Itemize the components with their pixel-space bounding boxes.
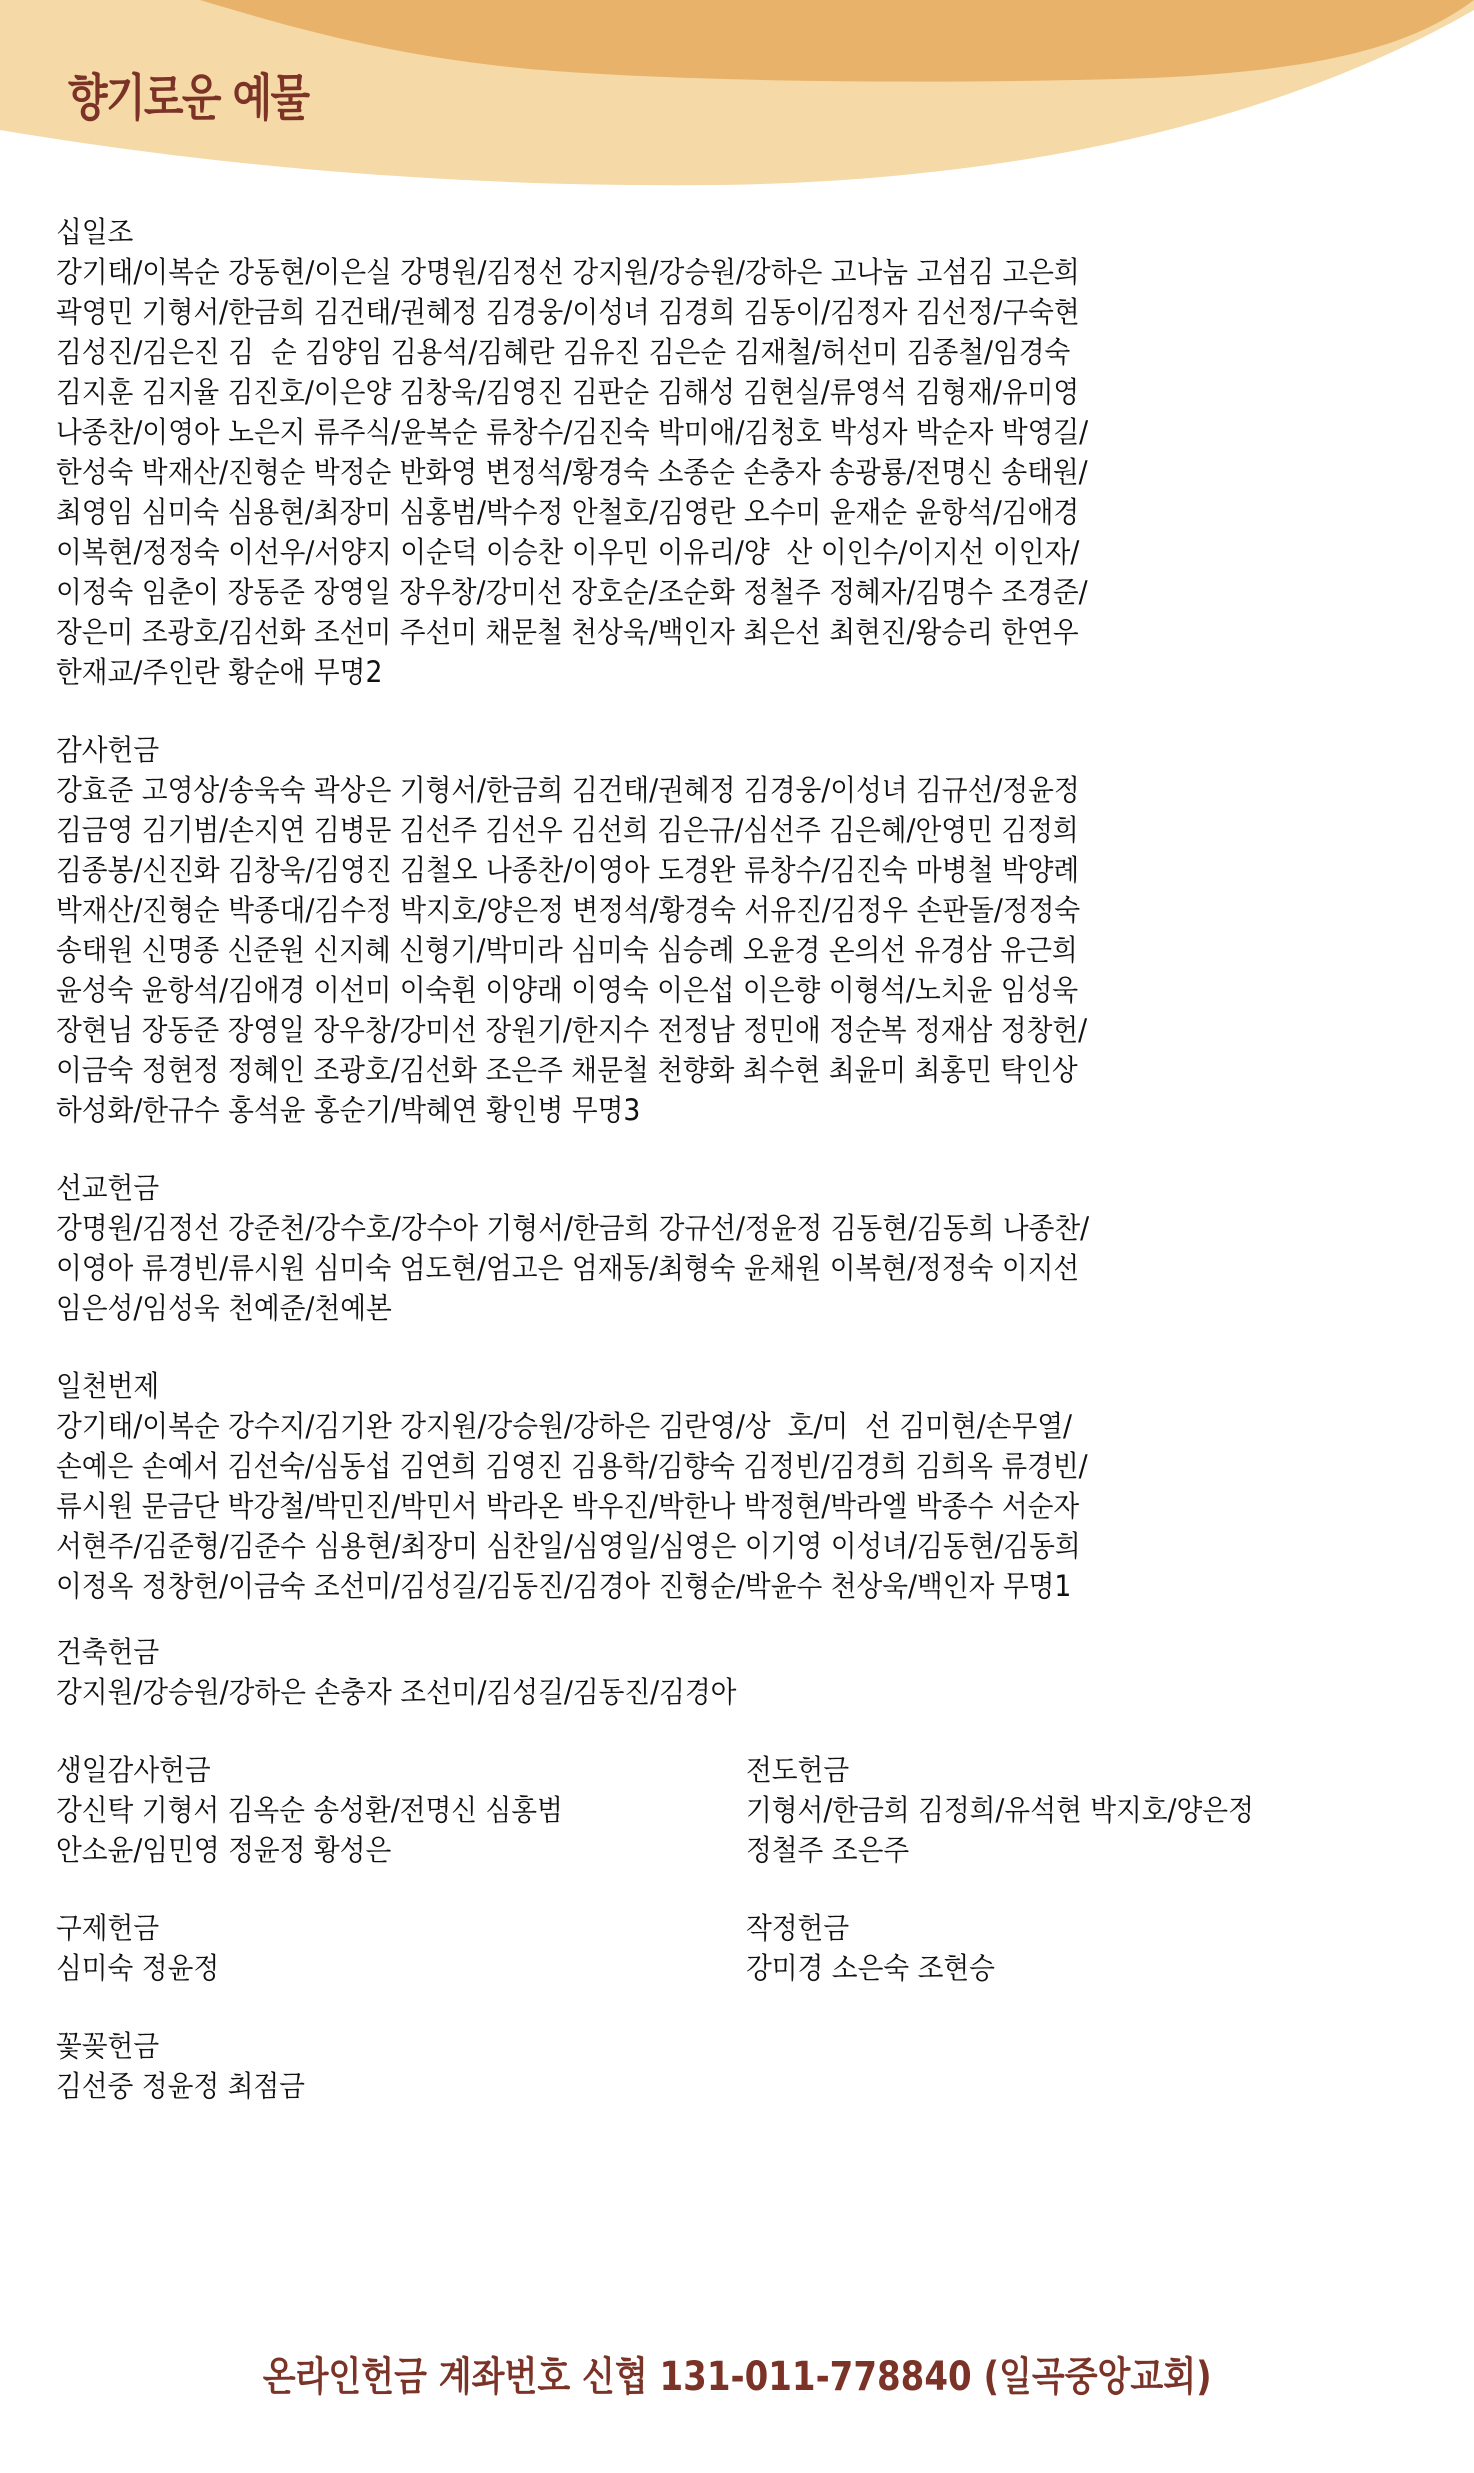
name-line: 강미경 소은숙 조현승 (746, 1948, 1381, 1988)
section-thanks: 감사헌금 강효준 고영상/송욱숙 곽상은 기형서/한금희 김건태/권혜정 김경웅… (56, 730, 1436, 1130)
name-line: 장현님 장동준 장영일 장우창/강미선 장원기/한지수 전정남 정민애 정순복 … (56, 1010, 1326, 1050)
section-building: 건축헌금 강지원/강승원/강하은 손충자 조선미/김성길/김동진/김경아 (56, 1632, 1436, 1712)
row-relief-pledge: 구제헌금 심미숙 정윤정 작정헌금 강미경 소은숙 조현승 (56, 1908, 1436, 1988)
name-line: 한재교/주인란 황순애 무명2 (56, 652, 1326, 692)
name-line: 곽영민 기형서/한금희 김건태/권혜정 김경웅/이성녀 김경희 김동이/김정자 … (56, 292, 1326, 332)
name-line: 강신탁 기형서 김옥순 송성환/전명신 심홍범 (56, 1790, 691, 1830)
name-line: 류시원 문금단 박강철/박민진/박민서 박라온 박우진/박한나 박정현/박라엘 … (56, 1486, 1326, 1526)
name-line: 강기태/이복순 강수지/김기완 강지원/강승원/강하은 김란영/상 호/미 선 … (56, 1406, 1326, 1446)
name-list: 심미숙 정윤정 (56, 1948, 746, 1988)
name-list: 강효준 고영상/송욱숙 곽상은 기형서/한금희 김건태/권혜정 김경웅/이성녀 … (56, 770, 1436, 1130)
section-title: 생일감사헌금 (56, 1750, 691, 1790)
name-line: 이정숙 임춘이 장동준 장영일 장우창/강미선 장호순/조순화 정철주 정혜자/… (56, 572, 1326, 612)
name-line: 임은성/임성욱 천예준/천예본 (56, 1288, 1326, 1328)
name-line: 나종찬/이영아 노은지 류주식/윤복순 류창수/김진숙 박미애/김청호 박성자 … (56, 412, 1326, 452)
section-title: 꽃꽂헌금 (56, 2026, 1326, 2066)
page-title: 향기로운 예물 (68, 58, 308, 130)
name-line: 한성숙 박재산/진형순 박정순 반화영 변정석/황경숙 소종순 손충자 송광룡/… (56, 452, 1326, 492)
online-offering-account: 온라인헌금 계좌번호 신협 131-011-778840 (일곡중앙교회) (0, 2345, 1474, 2402)
name-line: 안소윤/임민영 정윤정 황성은 (56, 1830, 691, 1870)
name-list: 강기태/이복순 강수지/김기완 강지원/강승원/강하은 김란영/상 호/미 선 … (56, 1406, 1436, 1606)
section-title: 선교헌금 (56, 1168, 1326, 1208)
section-title: 구제헌금 (56, 1908, 691, 1948)
name-line: 윤성숙 윤항석/김애경 이선미 이숙휜 이양래 이영숙 이은섭 이은향 이형석/… (56, 970, 1326, 1010)
section-birthday: 생일감사헌금 강신탁 기형서 김옥순 송성환/전명신 심홍범 안소윤/임민영 정… (56, 1750, 746, 1870)
name-line: 김종봉/신진화 김창욱/김영진 김철오 나종찬/이영아 도경완 류창수/김진숙 … (56, 850, 1326, 890)
name-line: 정철주 조은주 (746, 1830, 1381, 1870)
name-line: 강효준 고영상/송욱숙 곽상은 기형서/한금희 김건태/권혜정 김경웅/이성녀 … (56, 770, 1326, 810)
name-line: 강명원/김정선 강준천/강수호/강수아 기형서/한금희 강규선/정윤정 김동현/… (56, 1208, 1326, 1248)
name-line: 기형서/한금희 김정희/유석현 박지호/양은정 (746, 1790, 1381, 1830)
name-line: 이정옥 정창헌/이금숙 조선미/김성길/김동진/김경아 진형순/박윤수 천상욱/… (56, 1566, 1326, 1606)
name-line: 김지훈 김지율 김진호/이은양 김창욱/김영진 김판순 김해성 김현실/류영석 … (56, 372, 1326, 412)
section-title: 전도헌금 (746, 1750, 1381, 1790)
name-list: 강신탁 기형서 김옥순 송성환/전명신 심홍범 안소윤/임민영 정윤정 황성은 (56, 1790, 746, 1870)
offering-list: 십일조 강기태/이복순 강동현/이은실 강명원/김정선 강지원/강승원/강하은 … (56, 212, 1436, 2144)
section-evangelism: 전도헌금 기형서/한금희 김정희/유석현 박지호/양은정 정철주 조은주 (746, 1750, 1436, 1870)
section-mission: 선교헌금 강명원/김정선 강준천/강수호/강수아 기형서/한금희 강규선/정윤정… (56, 1168, 1436, 1328)
section-title: 십일조 (56, 212, 1326, 252)
name-line: 최영임 심미숙 심용현/최장미 심홍범/박수정 안철호/김영란 오수미 윤재순 … (56, 492, 1326, 532)
name-line: 장은미 조광호/김선화 조선미 주선미 채문철 천상욱/백인자 최은선 최현진/… (56, 612, 1326, 652)
name-line: 김성진/김은진 김 순 김양임 김용석/김혜란 김유진 김은순 김재철/허선미 … (56, 332, 1326, 372)
name-list: 강미경 소은숙 조현승 (746, 1948, 1436, 1988)
name-line: 서현주/김준형/김준수 심용현/최장미 심찬일/심영일/심영은 이기영 이성녀/… (56, 1526, 1326, 1566)
name-line: 김선중 정윤정 최점금 (56, 2066, 1326, 2106)
name-list: 강지원/강승원/강하은 손충자 조선미/김성길/김동진/김경아 (56, 1672, 1436, 1712)
account-info-text: 온라인헌금 계좌번호 신협 131-011-778840 (일곡중앙교회) (263, 2345, 1212, 2402)
row-birthday-evangelism: 생일감사헌금 강신탁 기형서 김옥순 송성환/전명신 심홍범 안소윤/임민영 정… (56, 1750, 1436, 1870)
name-line: 손예은 손예서 김선숙/심동섭 김연희 김영진 김용학/김향숙 김정빈/김경희 … (56, 1446, 1326, 1486)
name-line: 박재산/진형순 박종대/김수정 박지호/양은정 변정석/황경숙 서유진/김정우 … (56, 890, 1326, 930)
name-list: 강기태/이복순 강동현/이은실 강명원/김정선 강지원/강승원/강하은 고나눔 … (56, 252, 1436, 692)
section-title: 감사헌금 (56, 730, 1326, 770)
name-list: 김선중 정윤정 최점금 (56, 2066, 1436, 2106)
name-list: 기형서/한금희 김정희/유석현 박지호/양은정 정철주 조은주 (746, 1790, 1436, 1870)
name-line: 이영아 류경빈/류시원 심미숙 엄도현/엄고은 엄재동/최형숙 윤채원 이복현/… (56, 1248, 1326, 1288)
name-line: 하성화/한규수 홍석윤 홍순기/박혜연 황인병 무명3 (56, 1090, 1326, 1130)
section-flower: 꽃꽂헌금 김선중 정윤정 최점금 (56, 2026, 1436, 2106)
section-title: 일천번제 (56, 1366, 1326, 1406)
name-line: 심미숙 정윤정 (56, 1948, 691, 1988)
name-line: 강기태/이복순 강동현/이은실 강명원/김정선 강지원/강승원/강하은 고나눔 … (56, 252, 1326, 292)
name-line: 이금숙 정현정 정혜인 조광호/김선화 조은주 채문철 천향화 최수현 최윤미 … (56, 1050, 1326, 1090)
section-title: 건축헌금 (56, 1632, 1326, 1672)
name-line: 이복현/정정숙 이선우/서양지 이순덕 이승찬 이우민 이유리/양 산 이인수/… (56, 532, 1326, 572)
name-line: 송태원 신명종 신준원 신지혜 신형기/박미라 심미숙 심승례 오윤경 온의선 … (56, 930, 1326, 970)
section-pledge: 작정헌금 강미경 소은숙 조현승 (746, 1908, 1436, 1988)
section-relief: 구제헌금 심미숙 정윤정 (56, 1908, 746, 1988)
name-list: 강명원/김정선 강준천/강수호/강수아 기형서/한금희 강규선/정윤정 김동현/… (56, 1208, 1436, 1328)
section-tithe: 십일조 강기태/이복순 강동현/이은실 강명원/김정선 강지원/강승원/강하은 … (56, 212, 1436, 692)
name-line: 강지원/강승원/강하은 손충자 조선미/김성길/김동진/김경아 (56, 1672, 1326, 1712)
section-title: 작정헌금 (746, 1908, 1381, 1948)
name-line: 김금영 김기범/손지연 김병문 김선주 김선우 김선희 김은규/심선주 김은혜/… (56, 810, 1326, 850)
section-ilcheon: 일천번제 강기태/이복순 강수지/김기완 강지원/강승원/강하은 김란영/상 호… (56, 1366, 1436, 1606)
